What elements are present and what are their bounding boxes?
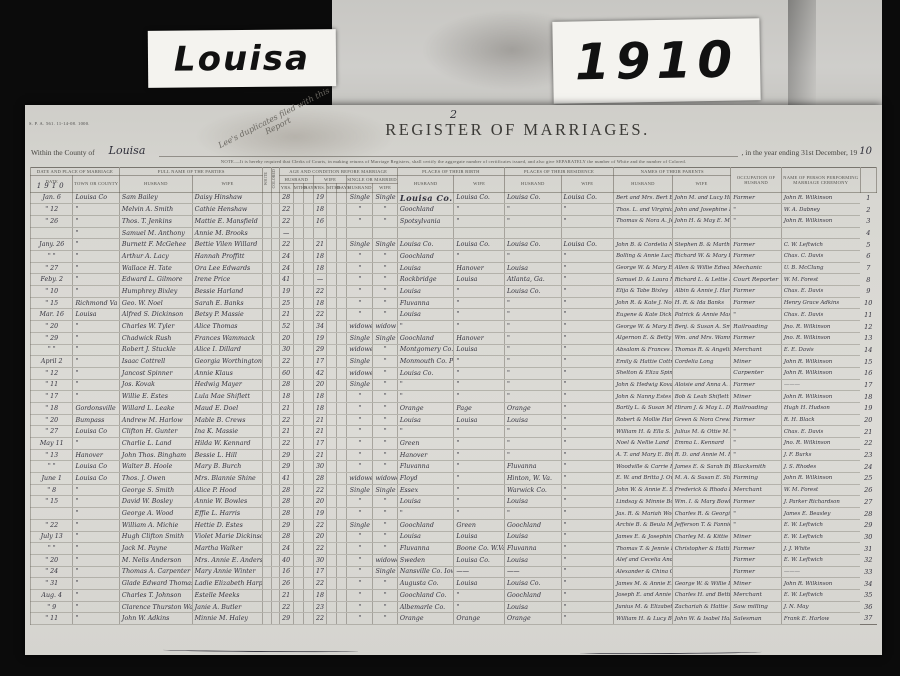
cell-place: ": [73, 531, 119, 543]
cell-wife-name: Bessie L. Hill: [192, 449, 263, 461]
cell-date: " 17: [31, 391, 73, 403]
cell-entry-number: 4: [860, 227, 876, 239]
header-town-county: Town or County: [73, 176, 119, 192]
cell-wife-days: [337, 461, 347, 473]
cell-parents-wife: Charles R. & Georgia Harris: [672, 508, 731, 520]
cell-husband-days: [303, 543, 313, 555]
cell-entry-number: 10: [860, 297, 876, 309]
cell-wife-days: [337, 251, 347, 263]
cell-white: [263, 274, 271, 286]
cell-entry-number: 15: [860, 356, 876, 368]
cell-residence-wife: ": [561, 461, 614, 473]
cell-place: Gordonsville: [73, 402, 119, 414]
cell-wife-days: [337, 578, 347, 590]
cell-condition-wife: ": [373, 519, 397, 531]
cell-condition-wife: ": [373, 508, 397, 520]
cell-husband-mths: [293, 367, 303, 379]
cell-wife-days: [337, 484, 347, 496]
cell-husband-name: Melvin A. Smith: [119, 204, 192, 216]
header-residence-wife: Wife: [561, 176, 614, 192]
cell-birth-husband: Nansville Co. Iowa: [397, 566, 454, 578]
cell-wife-yrs: 22: [313, 286, 326, 298]
table-row: " 8 " George S. Smith Alice P. Hood 28 2…: [31, 484, 877, 496]
cell-entry-number: 2: [860, 204, 876, 216]
cell-husband-yrs: 28: [279, 496, 293, 508]
cell-birth-wife: ": [454, 297, 505, 309]
cell-date: " 27: [31, 426, 73, 438]
cell-condition-husband: ": [347, 262, 373, 274]
cell-residence-wife: ": [561, 426, 614, 438]
cell-parents-husband: George W. & Mary E. Tyler: [614, 321, 673, 333]
cell-husband-days: [303, 379, 313, 391]
year-label-slip: 1910: [552, 18, 760, 104]
cell-colored: [271, 227, 279, 239]
cell-occupation: Merchant: [731, 344, 782, 356]
cell-wife-mths: [327, 589, 337, 601]
cell-husband-yrs: 28: [279, 508, 293, 520]
cell-minister: [781, 227, 860, 239]
cell-occupation: Court Reporter: [731, 274, 782, 286]
photographed-ledger: { "slips": { "county": "Louisa", "year":…: [0, 0, 900, 676]
header-birth-husband: Husband: [397, 176, 454, 192]
cell-colored: [271, 484, 279, 496]
cell-wife-yrs: 28: [313, 473, 326, 485]
cell-wife-mths: [327, 461, 337, 473]
cell-wife-mths: [327, 531, 337, 543]
cell-wife-days: [337, 215, 347, 227]
cell-husband-mths: [293, 309, 303, 321]
cell-date: " 9: [31, 601, 73, 613]
cell-condition-husband: ": [347, 402, 373, 414]
cell-condition-wife: Single: [373, 332, 397, 344]
cell-residence-wife: ": [561, 262, 614, 274]
cell-entry-number: 32: [860, 554, 876, 566]
cell-husband-yrs: 28: [279, 379, 293, 391]
cell-white: [263, 309, 271, 321]
table-row: " 20 " M. Nelis Anderson Mrs. Annie E. A…: [31, 554, 877, 566]
cell-husband-yrs: 25: [279, 297, 293, 309]
cell-colored: [271, 414, 279, 426]
cell-husband-yrs: 24: [279, 262, 293, 274]
cell-birth-wife: ": [454, 251, 505, 263]
cell-husband-days: [303, 239, 313, 251]
cell-minister: J. F. Burks: [781, 449, 860, 461]
register-header: Date and Place of Marriage Full Name of …: [31, 168, 877, 193]
cell-parents-wife: Richard W. & Mary E. Proffitt: [672, 251, 731, 263]
cell-wife-days: [337, 589, 347, 601]
cell-white: [263, 379, 271, 391]
cell-husband-mths: [293, 578, 303, 590]
cell-parents-wife: [672, 367, 731, 379]
cell-date: [31, 508, 73, 520]
cell-husband-mths: [293, 566, 303, 578]
cell-entry-number: 22: [860, 438, 876, 450]
header-colored: Colored: [271, 168, 279, 193]
cell-husband-yrs: 60: [279, 367, 293, 379]
cell-birth-husband: Louisa: [397, 286, 454, 298]
cell-wife-mths: [327, 344, 337, 356]
header-birth: Places of Their Birth: [397, 168, 504, 176]
cell-minister: Chas. E. Davis: [781, 286, 860, 298]
cell-husband-yrs: 29: [279, 449, 293, 461]
cell-parents-wife: Julius M. & Ottie M. Massie: [672, 426, 731, 438]
cell-husband-mths: [293, 391, 303, 403]
cell-husband-yrs: 21: [279, 589, 293, 601]
cell-wife-mths: [327, 321, 337, 333]
cell-wife-name: Annie W. Bowles: [192, 496, 263, 508]
cell-residence-husband: [504, 227, 561, 239]
table-row: " 12 " Jancost Spinner Annie Klaus 60 42…: [31, 367, 877, 379]
cell-occupation: ": [731, 204, 782, 216]
cell-occupation: Farmer: [731, 414, 782, 426]
cell-condition-wife: ": [373, 356, 397, 368]
cell-minister: W. A. Dabney: [781, 204, 860, 216]
cell-minister: J. N. May: [781, 601, 860, 613]
table-row: " George A. Wood Effie L. Harris 28 19 "…: [31, 508, 877, 520]
cell-parents-husband: William H. & Ella S. Gunter: [614, 426, 673, 438]
cell-white: [263, 227, 271, 239]
cell-husband-yrs: 21: [279, 402, 293, 414]
cell-birth-wife: ——: [454, 566, 505, 578]
cell-residence-wife: ": [561, 251, 614, 263]
cell-husband-days: [303, 508, 313, 520]
cell-occupation: Merchant: [731, 589, 782, 601]
cell-condition-husband: ": [347, 286, 373, 298]
header-h-mths: Mths.: [293, 184, 303, 192]
cell-date: " 20: [31, 414, 73, 426]
cell-residence-husband: Louisa: [504, 496, 561, 508]
cell-place: ": [73, 274, 119, 286]
cell-date: " ": [31, 461, 73, 473]
cell-wife-mths: [327, 239, 337, 251]
cell-condition-wife: widow: [373, 321, 397, 333]
cell-place: ": [73, 367, 119, 379]
cell-wife-mths: [327, 601, 337, 613]
cell-minister: John R. Wilkinson: [781, 391, 860, 403]
cell-entry-number: 3: [860, 215, 876, 227]
table-row: Jany. 26 " Burnett F. McGehee Bettie Vil…: [31, 239, 877, 251]
cell-place: ": [73, 589, 119, 601]
cell-entry-number: 35: [860, 589, 876, 601]
cell-place: ": [73, 566, 119, 578]
cell-wife-yrs: 18: [313, 204, 326, 216]
cell-wife-name: Irene Price: [192, 274, 263, 286]
cell-date: " 20: [31, 554, 73, 566]
cell-parents-wife: M. A. & Susan E. Strong: [672, 473, 731, 485]
cell-wife-yrs: 19: [313, 508, 326, 520]
cell-residence-husband: Louisa: [504, 554, 561, 566]
cell-condition-husband: Single: [347, 519, 373, 531]
cell-place: Richmond Va: [73, 297, 119, 309]
cell-birth-husband: Spotsylvania: [397, 215, 454, 227]
cell-birth-husband: Louisa Co.: [397, 192, 454, 204]
cell-birth-husband: Albemarle Co.: [397, 601, 454, 613]
cell-husband-mths: [293, 426, 303, 438]
cell-residence-husband: Louisa: [504, 531, 561, 543]
cell-minister: C. W. Leftwich: [781, 239, 860, 251]
cell-minister: E. W. Leftwich: [781, 531, 860, 543]
cell-wife-yrs: 18: [313, 251, 326, 263]
cell-place: ": [73, 204, 119, 216]
cell-occupation: Blacksmith: [731, 461, 782, 473]
cell-husband-days: [303, 215, 313, 227]
cell-wife-name: Frances Wammack: [192, 332, 263, 344]
header-full-names: Full Name of the Parties: [119, 168, 263, 176]
cell-parents-wife: John H. & May E. Mansfield: [672, 215, 731, 227]
cell-husband-name: Willie E. Estes: [119, 391, 192, 403]
cell-white: [263, 449, 271, 461]
cell-condition-husband: ": [347, 531, 373, 543]
cell-date: " ": [31, 543, 73, 555]
cell-residence-husband: Louisa Co.: [504, 192, 561, 204]
cell-wife-name: Annie M. Brooks: [192, 227, 263, 239]
cell-husband-mths: [293, 484, 303, 496]
cell-wife-mths: [327, 566, 337, 578]
cell-parents-husband: Emily & Hattie Cottrell: [614, 356, 673, 368]
cell-residence-wife: ": [561, 379, 614, 391]
cell-date: " ": [31, 344, 73, 356]
header-residence-husband: Husband: [504, 176, 561, 192]
header-single-married: Single or Married: [347, 176, 398, 184]
cell-place: ": [73, 344, 119, 356]
cell-white: [263, 543, 271, 555]
cell-wife-mths: [327, 332, 337, 344]
cell-condition-husband: ": [347, 566, 373, 578]
cell-condition-husband: ": [347, 426, 373, 438]
cell-birth-husband: Louisa: [397, 496, 454, 508]
cell-colored: [271, 215, 279, 227]
cell-husband-yrs: 18: [279, 391, 293, 403]
cell-colored: [271, 356, 279, 368]
cell-minister: R. H. Black: [781, 414, 860, 426]
cell-place: ": [73, 484, 119, 496]
cell-white: [263, 578, 271, 590]
cell-place: Hanover: [73, 449, 119, 461]
cell-husband-days: [303, 578, 313, 590]
cell-residence-husband: ": [504, 344, 561, 356]
cell-condition-wife: Single: [373, 484, 397, 496]
cell-husband-name: Thos. T. Jenkins: [119, 215, 192, 227]
cell-minister: Frank E. Harlow: [781, 613, 860, 625]
cell-wife-days: [337, 519, 347, 531]
cell-husband-yrs: 16: [279, 566, 293, 578]
cell-wife-mths: [327, 426, 337, 438]
cell-date: " 12: [31, 367, 73, 379]
cell-minister: Hugh H. Hudson: [781, 402, 860, 414]
cell-residence-wife: ": [561, 309, 614, 321]
cell-occupation: Miner: [731, 531, 782, 543]
cell-wife-yrs: 20: [313, 496, 326, 508]
pen-flourish-left: [163, 648, 358, 652]
cell-condition-wife: ": [373, 496, 397, 508]
cell-parents-wife: Thomas R. & Angelina Dillard: [672, 344, 731, 356]
cell-husband-days: [303, 414, 313, 426]
cell-entry-number: 23: [860, 449, 876, 461]
table-row: Aug. 4 " Charles T. Johnson Estelle Meek…: [31, 589, 877, 601]
cell-condition-wife: [373, 227, 397, 239]
cell-husband-days: [303, 496, 313, 508]
cell-wife-yrs: 30: [313, 461, 326, 473]
cell-entry-number: 6: [860, 251, 876, 263]
cell-birth-wife: ": [454, 473, 505, 485]
cell-parents-husband: Noel & Nellie Land: [614, 438, 673, 450]
cell-occupation: ": [731, 438, 782, 450]
cell-husband-yrs: 22: [279, 438, 293, 450]
cell-husband-days: [303, 227, 313, 239]
header-occupation: Occupation of Husband: [731, 168, 782, 193]
cell-condition-wife: ": [373, 589, 397, 601]
cell-condition-husband: ": [347, 449, 373, 461]
cell-entry-number: 33: [860, 566, 876, 578]
cell-wife-days: [337, 332, 347, 344]
cell-birth-wife: Louisa Co.: [454, 192, 505, 204]
cell-minister: Chas. C. Davis: [781, 251, 860, 263]
cell-white: [263, 473, 271, 485]
header-date-place: Date and Place of Marriage: [31, 168, 120, 176]
cell-place: ": [73, 519, 119, 531]
cell-condition-wife: ": [373, 251, 397, 263]
cell-residence-husband: Warwick Co.: [504, 484, 561, 496]
cell-parents-wife: Richard L. & Lettie L. Price: [672, 274, 731, 286]
cell-colored: [271, 204, 279, 216]
cell-occupation: Miner: [731, 356, 782, 368]
cell-condition-wife: widowed: [373, 554, 397, 566]
cell-wife-name: Sarah E. Banks: [192, 297, 263, 309]
cell-residence-husband: ": [504, 309, 561, 321]
cell-birth-husband: Louisa: [397, 309, 454, 321]
table-row: " 18 Gordonsville Willard L. Leake Maud …: [31, 402, 877, 414]
cell-condition-wife: widowed: [373, 473, 397, 485]
cell-wife-mths: [327, 496, 337, 508]
cell-minister: John R. Wilkinson: [781, 473, 860, 485]
cell-husband-name: Thos. J. Owen: [119, 473, 192, 485]
cell-parents-wife: James E. & Sarah Burch: [672, 461, 731, 473]
cell-colored: [271, 192, 279, 204]
cell-condition-husband: ": [347, 215, 373, 227]
cell-wife-yrs: 21: [313, 414, 326, 426]
cell-husband-days: [303, 601, 313, 613]
cell-birth-wife: ": [454, 438, 505, 450]
cell-condition-husband: ": [347, 309, 373, 321]
cell-wife-days: [337, 274, 347, 286]
cell-residence-wife: ": [561, 438, 614, 450]
header-wife-age: Wife: [313, 176, 346, 184]
cell-place: Louisa Co: [73, 426, 119, 438]
cell-wife-yrs: 20: [313, 531, 326, 543]
cell-parents-husband: Samuel D. & Laura N. Gilmore: [614, 274, 673, 286]
cell-parents-wife: [672, 566, 731, 578]
cell-residence-wife: ": [561, 473, 614, 485]
cell-date: July 13: [31, 531, 73, 543]
cell-condition-husband: ": [347, 274, 373, 286]
cell-entry-number: 17: [860, 379, 876, 391]
cell-colored: [271, 566, 279, 578]
cell-parents-husband: Shelton & Eliza Spinner: [614, 367, 673, 379]
cell-white: [263, 344, 271, 356]
cell-husband-mths: [293, 204, 303, 216]
cell-wife-name: Estelle Meeks: [192, 589, 263, 601]
cell-parents-husband: Robert & Mollie Harlow: [614, 414, 673, 426]
cell-wife-mths: [327, 204, 337, 216]
cell-wife-mths: [327, 251, 337, 263]
cell-birth-husband: Orange: [397, 613, 454, 625]
cell-residence-wife: ": [561, 578, 614, 590]
cell-condition-wife: ": [373, 543, 397, 555]
cell-wife-name: Alice I. Dillard: [192, 344, 263, 356]
table-row: " 15 Richmond Va Geo. W. Noel Sarah E. B…: [31, 297, 877, 309]
cell-date: " 18: [31, 402, 73, 414]
cell-residence-husband: Louisa: [504, 601, 561, 613]
header-w-mths: Mths.: [327, 184, 337, 192]
cell-white: [263, 215, 271, 227]
cell-place: ": [73, 356, 119, 368]
cell-parents-wife: Allen & Willie Edwards: [672, 262, 731, 274]
cell-wife-mths: [327, 484, 337, 496]
cell-colored: [271, 473, 279, 485]
cell-husband-mths: [293, 215, 303, 227]
cell-birth-wife: [454, 227, 505, 239]
cell-husband-yrs: 22: [279, 356, 293, 368]
cell-husband-name: Thomas A. Carpenter: [119, 566, 192, 578]
cell-birth-wife: ": [454, 356, 505, 368]
cell-white: [263, 484, 271, 496]
cell-entry-number: 19: [860, 402, 876, 414]
cell-birth-wife: ": [454, 601, 505, 613]
cell-entry-number: 13: [860, 332, 876, 344]
cell-parents-wife: Benj. & Susan A. Smith: [672, 321, 731, 333]
cell-place: ": [73, 391, 119, 403]
cell-birth-husband: Goochland: [397, 251, 454, 263]
cell-wife-days: [337, 613, 347, 625]
cell-husband-mths: [293, 496, 303, 508]
cell-colored: [271, 426, 279, 438]
cell-condition-wife: ": [373, 461, 397, 473]
cell-minister: W. M. Forest: [781, 484, 860, 496]
cell-residence-wife: ": [561, 286, 614, 298]
cell-minister: J. S. Rhodes: [781, 461, 860, 473]
cell-condition-husband: ": [347, 554, 373, 566]
cell-wife-days: [337, 391, 347, 403]
cell-condition-wife: ": [373, 438, 397, 450]
cell-husband-name: Sam Bailey: [119, 192, 192, 204]
cell-husband-days: [303, 519, 313, 531]
cell-parents-husband: Alef and Cecelia Anderson: [614, 554, 673, 566]
cell-wife-yrs: 17: [313, 566, 326, 578]
cell-entry-number: 5: [860, 239, 876, 251]
cell-birth-wife: ": [454, 215, 505, 227]
cell-parents-wife: John W. & Isabel Haley: [672, 613, 731, 625]
cell-place: ": [73, 227, 119, 239]
register-sheet: S. P. A. 561. 11-14-08. 1000. Lee's dupl…: [25, 105, 882, 655]
cell-parents-wife: Wm. and Mrs. Wammack: [672, 332, 731, 344]
cell-occupation: ": [731, 309, 782, 321]
county-line-suffix: , in the year ending 31st December, 19: [738, 148, 858, 157]
cell-parents-husband: A. T. and Mary E. Bingham: [614, 449, 673, 461]
cell-residence-wife: ": [561, 414, 614, 426]
cell-husband-days: [303, 344, 313, 356]
cell-wife-yrs: 20: [313, 379, 326, 391]
cell-colored: [271, 589, 279, 601]
cell-white: [263, 508, 271, 520]
cell-date: " ": [31, 251, 73, 263]
cell-condition-wife: ": [373, 426, 397, 438]
cell-birth-husband: Goochland: [397, 519, 454, 531]
cell-birth-wife: Louisa Co.: [454, 239, 505, 251]
cell-husband-days: [303, 554, 313, 566]
cell-place: ": [73, 215, 119, 227]
table-row: " 13 Hanover John Thos. Bingham Bessie L…: [31, 449, 877, 461]
cell-minister: John R. Wilkinson: [781, 356, 860, 368]
